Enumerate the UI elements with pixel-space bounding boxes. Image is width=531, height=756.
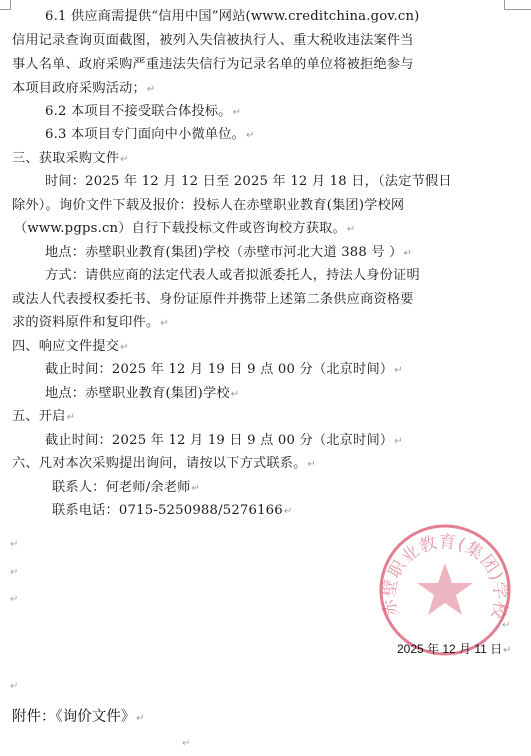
paragraph-opening-deadline: 截止时间：2025 年 12 月 19 日 9 点 00 分（北京时间）↵ bbox=[45, 432, 403, 451]
return-mark-icon: ↵ bbox=[67, 412, 76, 423]
empty-paragraph-mark-icon: ↵ bbox=[10, 594, 18, 606]
paragraph-submission-deadline: 截止时间：2025 年 12 月 19 日 9 点 00 分（北京时间）↵ bbox=[45, 361, 403, 380]
paragraph-obtain-time: 时间：2025 年 12 月 12 日至 2025 年 12 月 18 日，（法… bbox=[45, 173, 452, 191]
empty-paragraph-mark-icon: ↵ bbox=[10, 567, 18, 579]
return-mark-icon: ↵ bbox=[308, 459, 317, 470]
section-heading-obtain-documents: 三、获取采购文件↵ bbox=[12, 150, 129, 169]
empty-paragraph-mark-icon: ↵ bbox=[10, 681, 18, 693]
paragraph-contact-person: 联系人：何老师/余老师↵ bbox=[52, 479, 200, 498]
seal-icon: 赤壁职业教育(集团)学校 bbox=[378, 523, 513, 658]
paragraph-credit-requirement-cont-2: 事人名单、政府采购严重违法失信行为记录名单的单位将被拒绝参与 bbox=[12, 56, 414, 74]
return-mark-icon: ↵ bbox=[136, 713, 144, 724]
return-mark-icon: ↵ bbox=[120, 154, 129, 165]
attachment-reference: 附件：《询价文件》↵ bbox=[12, 707, 145, 729]
empty-paragraph-mark-icon: ↵ bbox=[10, 539, 18, 551]
paragraph-obtain-method-cont-1: 或法人代表授权委托书、身份证原件并携带上述第二条供应商资格要 bbox=[12, 291, 414, 309]
return-mark-icon: ↵ bbox=[246, 130, 255, 141]
empty-paragraph-mark-icon: ↵ bbox=[182, 738, 190, 750]
return-mark-icon: ↵ bbox=[284, 506, 293, 517]
paragraph-obtain-location: 地点：赤壁职业教育(集团)学校（赤壁市河北大道 388 号 ）↵ bbox=[45, 244, 412, 263]
return-mark-icon: ↵ bbox=[233, 107, 242, 118]
paragraph-obtain-time-cont-2: （www.pgps.cn）自行下载投标文件或咨询校方获取。↵ bbox=[14, 220, 355, 239]
section-heading-submission: 四、响应文件提交↵ bbox=[12, 338, 129, 357]
return-mark-icon: ↵ bbox=[120, 342, 129, 353]
paragraph-credit-requirement-cont-1: 信用记录查询页面截图，被列入失信被执行人、重大税收违法案件当 bbox=[12, 32, 414, 50]
official-seal-stamp: 赤壁职业教育(集团)学校 ↵ bbox=[378, 523, 513, 658]
return-mark-icon: ↵ bbox=[192, 483, 201, 494]
paragraph-credit-requirement-cont-3: 本项目政府采购活动；↵ bbox=[12, 80, 155, 99]
return-mark-icon: ↵ bbox=[503, 645, 511, 656]
return-mark-icon: ↵ bbox=[231, 389, 240, 400]
return-mark-icon: ↵ bbox=[502, 620, 510, 632]
return-mark-icon: ↵ bbox=[347, 224, 356, 235]
section-heading-opening: 五、开启↵ bbox=[12, 408, 75, 427]
page-corner-mark-left bbox=[0, 0, 11, 10]
paragraph-sme-only: 6.3 本项目专门面向中小微单位。↵ bbox=[45, 126, 255, 145]
paragraph-contact-phone: 联系电话：0715-5250988/5276166↵ bbox=[52, 502, 292, 521]
paragraph-obtain-time-cont-1: 除外）。询价文件下载及报价：投标人在赤壁职业教育(集团)学校网 bbox=[12, 197, 404, 215]
return-mark-icon: ↵ bbox=[404, 248, 413, 259]
paragraph-submission-location: 地点：赤壁职业教育(集团)学校↵ bbox=[45, 385, 239, 404]
return-mark-icon: ↵ bbox=[147, 84, 156, 95]
paragraph-obtain-method: 方式：请供应商的法定代表人或者拟派委托人，持法人身份证明 bbox=[45, 267, 420, 285]
return-mark-icon: ↵ bbox=[394, 365, 403, 376]
paragraph-obtain-method-cont-2: 求的资料原件和复印件。↵ bbox=[12, 314, 169, 333]
page-corner-mark-right bbox=[504, 0, 531, 10]
section-heading-contact: 六、凡对本次采购提出询问，请按以下方式联系。↵ bbox=[12, 455, 316, 474]
return-mark-icon: ↵ bbox=[160, 318, 169, 329]
paragraph-credit-requirement: 6.1 供应商需提供“信用中国”网站(www.creditchina.gov.c… bbox=[45, 8, 420, 26]
paragraph-no-consortium: 6.2 本项目不接受联合体投标。↵ bbox=[45, 103, 241, 122]
return-mark-icon: ↵ bbox=[394, 436, 403, 447]
signature-date: 2025 年 12 月 11 日↵ bbox=[397, 641, 512, 659]
